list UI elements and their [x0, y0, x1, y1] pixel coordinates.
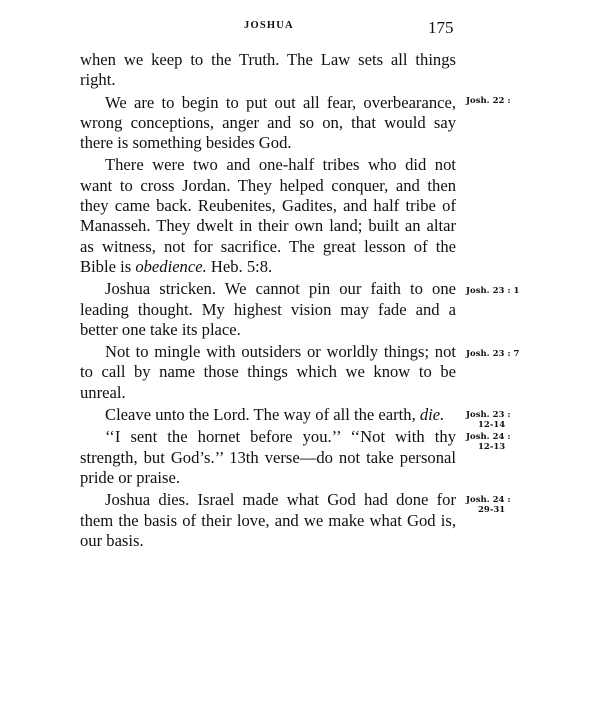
paragraph-tribes: There were two and one-half tribes who d… — [80, 155, 456, 277]
margin-note-verses: 12-13 — [466, 442, 526, 452]
margin-note-josh-24-29-31: Josh. 24 : 29-31 — [466, 495, 526, 515]
paragraph-text: Not to mingle with outsiders or worldly … — [80, 342, 456, 402]
margin-note-ref: Josh. 24 : — [466, 495, 511, 505]
margin-note-ref: Josh. 23 : 1 — [466, 286, 519, 296]
paragraph-cleave: Cleave unto the Lord. The way of all the… — [80, 405, 456, 425]
paragraph-stricken: Joshua stricken. We cannot pin our faith… — [80, 279, 456, 340]
paragraph-text: ‘‘I sent the hornet before you.’’ ‘‘Not … — [80, 427, 456, 487]
margin-note-josh-23-12-14: Josh. 23 : 12-14 — [466, 410, 526, 430]
margin-note-josh-22: Josh. 22 : — [466, 96, 526, 106]
page-number: 175 — [428, 18, 454, 38]
paragraph-joshua-dies: Joshua dies. Israel made what God had do… — [80, 490, 456, 551]
paragraph-text: Joshua stricken. We cannot pin our faith… — [80, 279, 456, 339]
emphasis-die: die. — [420, 405, 444, 424]
paragraph-text-tail: Heb. 5:8. — [207, 257, 272, 276]
page-header: JOSHUA 175 — [0, 18, 600, 38]
margin-note-ref: Josh. 23 : — [466, 410, 511, 420]
margin-note-ref: Josh. 22 : — [466, 96, 511, 106]
margin-note-verses: 29-31 — [466, 505, 526, 515]
paragraph-text: We are to begin to put out all fear, ove… — [80, 93, 456, 153]
paragraph-hornet: ‘‘I sent the hornet before you.’’ ‘‘Not … — [80, 427, 456, 488]
running-head: JOSHUA — [244, 20, 294, 31]
margin-note-verses: 12-14 — [466, 420, 526, 430]
margin-note-ref: Josh. 23 : 7 — [466, 349, 519, 359]
margin-note-josh-23-7: Josh. 23 : 7 — [466, 349, 526, 359]
margin-note-josh-23-1: Josh. 23 : 1 — [466, 286, 526, 296]
paragraph-text: Joshua dies. Israel made what God had do… — [80, 490, 456, 550]
emphasis-obedience: obedience. — [135, 257, 206, 276]
paragraph-mingle: Not to mingle with outsiders or worldly … — [80, 342, 456, 403]
paragraph-text: Cleave unto the Lord. The way of all the… — [105, 405, 420, 424]
page-body: when we keep to the Truth. The Law sets … — [80, 50, 456, 553]
paragraph-fear: We are to begin to put out all fear, ove… — [80, 93, 456, 154]
margin-note-josh-24-12-13: Josh. 24 : 12-13 — [466, 432, 526, 452]
paragraph-text: when we keep to the Truth. The Law sets … — [80, 50, 456, 89]
paragraph-continuation: when we keep to the Truth. The Law sets … — [80, 50, 456, 91]
margin-note-ref: Josh. 24 : — [466, 432, 511, 442]
